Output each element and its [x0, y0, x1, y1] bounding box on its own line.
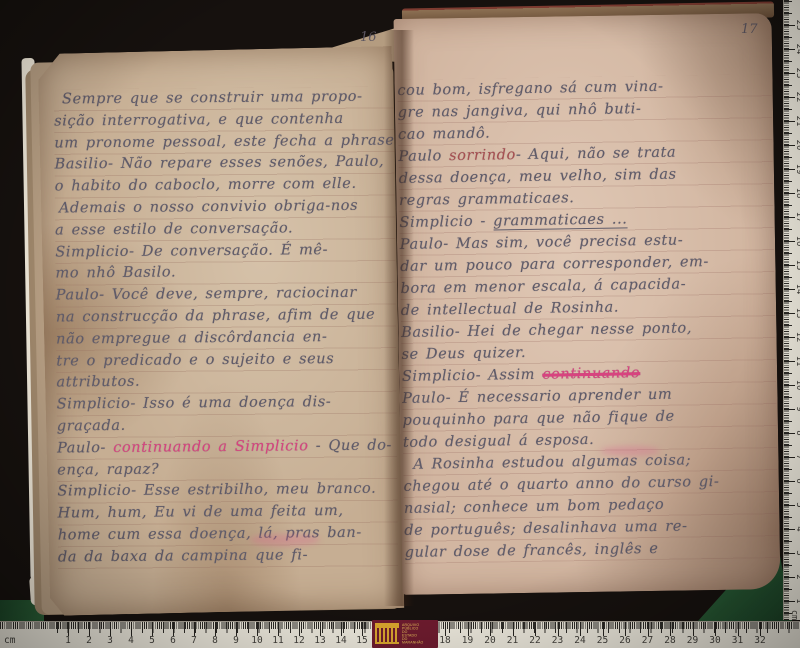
manuscript-segment: Paulo- É necessario aprender um	[402, 387, 672, 407]
ruler-tick	[341, 622, 342, 636]
ruler-tick	[648, 622, 649, 636]
page-number-left: 16	[360, 30, 377, 45]
ruler-number: 7	[183, 635, 205, 646]
ruler-number: 19	[794, 159, 800, 179]
ruler-number: 13	[794, 303, 800, 323]
manuscript-line: Paulo- continuando a Simplicio - Que do-	[57, 435, 397, 460]
manuscript-segment: gre nas jangiva, qui nhô buti-	[398, 101, 642, 121]
ruler-tick	[693, 622, 694, 636]
ruler-tick	[278, 622, 279, 636]
manuscript-segment: da da baxa da campina que fi-	[58, 547, 308, 565]
manuscript-segment: Paulo- Mas sim, você precisa estu-	[400, 232, 684, 252]
ruler-tick	[299, 622, 300, 636]
ruler-number: 9	[225, 635, 247, 646]
manuscript-segment: attributos.	[56, 374, 140, 391]
manuscript-line: Ademais o nosso convivio obriga-nos	[55, 196, 395, 221]
ruler-number: 6	[794, 471, 800, 491]
ruler-number: 2	[78, 635, 100, 646]
right-ruler-mid-ticks	[784, 1, 792, 619]
ruler-number: 21	[794, 111, 800, 131]
ruler-number: 15	[794, 255, 800, 275]
ruler-number: 4	[794, 519, 800, 539]
ruler-number: 17	[794, 207, 800, 227]
ruler-tick	[236, 622, 237, 636]
manuscript-segment: Basilio- Hei de chegar nesse ponto,	[401, 320, 692, 341]
ruler-tick	[603, 622, 604, 636]
ruler-number: 3	[794, 543, 800, 563]
manuscript-segment: chegou até o quarto anno do curso gi-	[403, 474, 719, 495]
ruler-number: 20	[794, 135, 800, 155]
manuscript-line: Hum, hum, Eu vi de uma feita um,	[58, 501, 398, 526]
manuscript-segment: nasial; conhece um bom pedaço	[404, 497, 665, 517]
ruler-number: 11	[794, 351, 800, 371]
manuscript-line: sição interrogativa, e que contenha	[54, 108, 394, 133]
ruler-number: 6	[162, 635, 184, 646]
archival-photo: { "left_page": { "page_number": "16", "l…	[0, 0, 800, 648]
manuscript-segment: gular dose de francês, inglês e	[405, 541, 659, 561]
ruler-tick	[468, 622, 469, 636]
right-page-manuscript: cou bom, isfregano sá cum vina-gre nas j…	[397, 74, 779, 564]
ruler-tick	[362, 622, 363, 636]
ruler-number: 21	[502, 635, 524, 646]
manuscript-segment: A Rosinha estudou algumas coisa;	[413, 452, 691, 472]
archive-logo-text: ARQUIVO PÚBLICO DO ESTADO DO MARANHÃO	[402, 624, 423, 645]
ruler-number: 1	[794, 591, 800, 611]
ruler-number: 3	[99, 635, 121, 646]
manuscript-line: attributos.	[56, 370, 396, 395]
ruler-tick	[558, 622, 559, 636]
archive-logo: ARQUIVO PÚBLICO DO ESTADO DO MARANHÃO	[372, 620, 438, 648]
ruler-tick	[580, 622, 581, 636]
ruler-number: 23	[794, 63, 800, 83]
manuscript-segment: cou bom, isfregano sá cum vina-	[397, 79, 663, 99]
manuscript-segment: todo desigual á esposa.	[403, 432, 595, 451]
ruler-number: 7	[794, 447, 800, 467]
manuscript-line: Simplicio- Esse estribilho, meu branco.	[57, 479, 397, 504]
manuscript-line: a esse estilo de conversação.	[55, 217, 395, 242]
ruler-tick	[760, 622, 761, 636]
ruler-tick	[215, 622, 216, 636]
ruler-number: 22	[524, 635, 546, 646]
manuscript-segment: ença, rapaz?	[57, 461, 159, 478]
ruler-number: 29	[682, 635, 704, 646]
manuscript-segment: de português; desalinhava uma re-	[404, 518, 687, 538]
ruler-number: 27	[637, 635, 659, 646]
ink-smudge	[250, 534, 320, 546]
manuscript-segment: grammaticaes ...	[493, 211, 628, 230]
ruler-number: 12	[794, 327, 800, 347]
ruler-number: 9	[794, 399, 800, 419]
ruler-number: 10	[794, 375, 800, 395]
ruler-tick	[110, 622, 111, 636]
ruler-tick	[320, 622, 321, 636]
ruler-tick	[513, 622, 514, 636]
manuscript-segment: tre o predicado e o sujeito e seus	[56, 351, 334, 369]
ruler-number: 32	[749, 635, 771, 646]
ruler-number: 1	[57, 635, 79, 646]
ink-smudge	[600, 446, 660, 456]
manuscript-segment: mo nhô Basilo.	[55, 265, 176, 282]
manuscript-segment: pouquinho para que não fique de	[402, 409, 674, 429]
ruler-number: 5	[794, 495, 800, 515]
left-page-manuscript: Sempre que se construir uma propo-sição …	[54, 87, 398, 569]
manuscript-segment: na construcção da phrase, afim de que	[56, 307, 376, 326]
ruler-number: 24	[569, 635, 591, 646]
manuscript-line: Simplicio- Isso é uma doença dis-	[57, 392, 397, 417]
ruler-number: 28	[659, 635, 681, 646]
ruler-number: 4	[120, 635, 142, 646]
ruler-number: 25	[592, 635, 614, 646]
ruler-tick	[194, 622, 195, 636]
manuscript-segment: Simplicio- Isso é uma doença dis-	[57, 394, 332, 412]
manuscript-line: na construcção da phrase, afim de que	[56, 304, 396, 329]
manuscript-segment: Simplicio- De conversação. É mê-	[55, 242, 328, 260]
page-number-right: 17	[741, 22, 758, 37]
ruler-tick	[715, 622, 716, 636]
ruler-number: 2	[794, 567, 800, 587]
manuscript-segment: - Que do-	[308, 437, 392, 454]
ruler-number: 18	[794, 183, 800, 203]
ruler-tick	[445, 622, 446, 636]
ruler-tick	[173, 622, 174, 636]
manuscript-line: mo nhô Basilo.	[55, 261, 395, 286]
ruler-tick	[68, 622, 69, 636]
ruler-number: 16	[794, 231, 800, 251]
manuscript-segment: Paulo- Você deve, sempre, raciocinar	[56, 285, 357, 304]
ruler-tick	[625, 622, 626, 636]
manuscript-segment: - Aqui, não se trata	[516, 145, 677, 164]
manuscript-segment: não empregue a discôrdancia en-	[56, 329, 327, 347]
manuscript-segment: sição interrogativa, e que contenha	[54, 111, 344, 130]
manuscript-segment: o habito do caboclo, morre com elle.	[55, 176, 357, 195]
ruler-tick	[89, 622, 90, 636]
manuscript-line: graçada.	[57, 413, 397, 438]
right-ruler-unit-label: cm	[789, 610, 799, 620]
ruler-number: 19	[457, 635, 479, 646]
ruler-number: 13	[309, 635, 331, 646]
ruler-number: 14	[330, 635, 352, 646]
manuscript-line: não empregue a discôrdancia en-	[56, 326, 396, 351]
manuscript-line: Sempre que se construir uma propo-	[54, 87, 394, 112]
ruler-number: 31	[727, 635, 749, 646]
manuscript-line: Paulo- Você deve, sempre, raciocinar	[56, 283, 396, 308]
ruler-tick	[131, 622, 132, 636]
ruler-number: 20	[479, 635, 501, 646]
manuscript-segment: Simplicio- Esse estribilho, meu branco.	[57, 481, 376, 500]
manuscript-segment: regras grammaticaes.	[399, 190, 575, 209]
manuscript-segment: continuando	[542, 365, 640, 383]
manuscript-line: tre o predicado e o sujeito e seus	[56, 348, 396, 373]
ruler-tick	[535, 622, 536, 636]
manuscript-segment: Paulo-	[57, 440, 113, 456]
archive-logo-line: DO MARANHÃO	[402, 638, 423, 645]
manuscript-segment: se Deus quizer.	[401, 345, 526, 363]
gutter-shadow	[384, 30, 414, 606]
manuscript-line: da da baxa da campina que fi-	[58, 544, 398, 569]
manuscript-line: Basilio- Não repare esses senões, Paulo,	[54, 152, 394, 177]
manuscript-line: um pronome pessoal, este fecha a phrase	[54, 130, 394, 155]
manuscript-segment: dar um pouco para corresponder, em-	[400, 254, 709, 275]
ruler-number: 5	[141, 635, 163, 646]
manuscript-segment: graçada.	[57, 418, 126, 435]
right-ruler: cm 1234567891011121314151617181920212223…	[783, 0, 800, 620]
ruler-number: 26	[614, 635, 636, 646]
manuscript-segment: bora em menor escala, á capacida-	[400, 276, 686, 296]
ruler-tick	[257, 622, 258, 636]
manuscript-segment: sorrindo	[449, 147, 516, 164]
ruler-number: 14	[794, 279, 800, 299]
manuscript-segment: dessa doença, meu velho, sim das	[399, 167, 677, 187]
manuscript-segment: a esse estilo de conversação.	[55, 220, 293, 238]
ruler-number: 15	[351, 635, 373, 646]
manuscript-segment: um pronome pessoal, este fecha a phrase	[54, 132, 394, 151]
manuscript-segment: de intellectual de Rosinha.	[401, 300, 619, 319]
ruler-tick	[152, 622, 153, 636]
ruler-number: 8	[794, 423, 800, 443]
ruler-tick	[738, 622, 739, 636]
ruler-number: 11	[267, 635, 289, 646]
ruler-number: 25	[794, 15, 800, 35]
ruler-number: 22	[794, 87, 800, 107]
manuscript-segment: Basilio- Não repare esses senões, Paulo,	[55, 154, 385, 173]
ruler-number: 24	[794, 39, 800, 59]
archive-building-icon	[375, 625, 399, 644]
manuscript-line: home cum essa doença, lá, pras ban-	[58, 522, 398, 547]
ruler-number: 12	[288, 635, 310, 646]
archive-logo-line: DO ESTADO	[402, 631, 423, 638]
ruler-number: 10	[246, 635, 268, 646]
ruler-number: 23	[547, 635, 569, 646]
manuscript-segment: continuando a Simplicio	[113, 438, 308, 456]
manuscript-segment: Sempre que se construir uma propo-	[62, 89, 363, 108]
ruler-number: 30	[704, 635, 726, 646]
manuscript-segment: Hum, hum, Eu vi de uma feita um,	[58, 503, 344, 521]
manuscript-segment: Simplicio- Assim	[402, 367, 543, 385]
manuscript-segment: Ademais o nosso convivio obriga-nos	[59, 198, 358, 217]
bottom-ruler-unit-label: cm	[4, 635, 15, 646]
ruler-number: 8	[204, 635, 226, 646]
ruler-tick	[670, 622, 671, 636]
manuscript-line: Simplicio- De conversação. É mê-	[55, 239, 395, 264]
manuscript-line: ença, rapaz?	[57, 457, 397, 482]
ruler-tick	[490, 622, 491, 636]
manuscript-line: o habito do caboclo, morre com elle.	[55, 174, 395, 199]
